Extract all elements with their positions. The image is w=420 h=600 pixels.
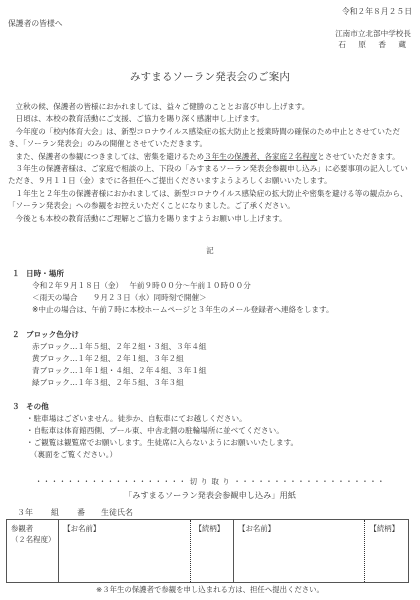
form-note: ※３年生の保護者で参観を申し込まれる方は、担任へ提出ください。	[0, 586, 420, 593]
section-1-heading: １日時・場所	[12, 270, 64, 278]
body-text: 立秋の候、保護者の皆様におかれましては、益々ご健勝のこととお喜び申し上げます。 …	[8, 101, 414, 225]
attendee-label-cell: 参観者 （２名程度）	[7, 520, 59, 583]
block-blue: 青ブロック…１年１組・４組、２年４組、３年１組	[32, 367, 207, 375]
school-name: 江南市立北部中学校長	[335, 30, 411, 38]
attendee-2-relation-cell[interactable]: 【続柄】	[365, 520, 409, 583]
document-date: 令和２年８月２５日	[342, 8, 412, 16]
paragraph-cancellation: 今年度の「校内体育大会」は、新型コロナウイルス感染症の拡大防止と授業時間の確保の…	[8, 126, 414, 151]
block-red: 赤ブロック…１年５組、２年２組・３組、３年４組	[32, 343, 207, 351]
grade-label: ３年	[17, 509, 51, 517]
paragraph-thanks: 日頃は、本校の教育活動にご支援、ご協力を賜り深く感謝申し上げます。	[8, 113, 414, 125]
paragraph-greeting: 立秋の候、保護者の皆様におかれましては、益々ご健勝のこととお喜び申し上げます。	[8, 101, 414, 113]
ki-heading: 記	[0, 247, 420, 254]
attendee-2-name-cell[interactable]: 【お名前】	[234, 520, 365, 583]
attendee-1-relation-cell[interactable]: 【続柄】	[190, 520, 234, 583]
other-note: ・ご観覧は観覧席でお願いします。生徒席に入らないようにお願いいたします。	[26, 439, 298, 447]
attendee-1-name-cell[interactable]: 【お名前】	[59, 520, 190, 583]
page-title: みすまるソーラン発表会のご案内	[0, 72, 420, 83]
paragraph-attendance: また、保護者の参観につきましては、密集を避けるため３年生の保護者、各家庭２名程度…	[8, 151, 414, 163]
section-1-line: 令和２年９月１８日（金） 午前９時００分～午前１０時００分	[32, 282, 251, 290]
other-note: ・自転車は体育館西側、プール東、中舎北側の駐輪場所に並べてください。	[26, 427, 284, 435]
paragraph-grade1-2-notice: １年生と２年生の保護者様におかれましては、新型コロナウイルス感染症の拡大防止や密…	[8, 188, 414, 213]
block-green: 緑ブロック…１年３組、２年５組、３年３組	[32, 379, 184, 387]
other-note: ・駐車場はございません。徒歩か、自転車にてお越しください。	[26, 415, 247, 423]
paragraph-grade3-application: ３年生の保護者様は、ご家庭で相談の上、下段の「みすまるソーラン発表会参観申し込み…	[8, 163, 414, 188]
block-yellow: 黄ブロック…１年２組、２年１組、３年２組	[32, 355, 184, 363]
other-note: （裏面をご覧ください。）	[26, 451, 117, 459]
section-1-line: ※中止の場合は、午前７時に本校ホームページと３年生のメール登録者へ連絡をします。	[32, 306, 334, 314]
student-info-line: ３年組番生徒氏名	[17, 509, 133, 517]
principal-name: 石 原 香 蔵	[338, 41, 411, 49]
class-field[interactable]: 組	[51, 509, 77, 517]
form-title: 「みすまるソーラン発表会参観申し込み」用紙	[0, 491, 420, 499]
section-3-heading: ３その他	[12, 403, 49, 411]
student-name-field[interactable]: 生徒氏名	[101, 509, 133, 517]
section-2-heading: ２ブロック色分け	[12, 331, 79, 339]
attendance-restriction-underlined: ３年生の保護者、各家庭２名程度	[204, 152, 317, 161]
number-field[interactable]: 番	[77, 509, 101, 517]
section-1-line: ＜雨天の場合 ９月２３日（水）同時刻で開催＞	[32, 294, 207, 302]
cut-line: ・・・・・・・・・・・・・・・・・・・ 切 り 取 り ・・・・・・・・・・・・…	[0, 478, 420, 485]
addressee: 保護者の皆様へ	[8, 20, 63, 28]
application-table: 参観者 （２名程度） 【お名前】 【続柄】 【お名前】 【続柄】	[6, 519, 409, 583]
paragraph-closing: 今後とも本校の教育活動にご理解とご協力を賜りますようお願い申し上げます。	[8, 213, 414, 225]
